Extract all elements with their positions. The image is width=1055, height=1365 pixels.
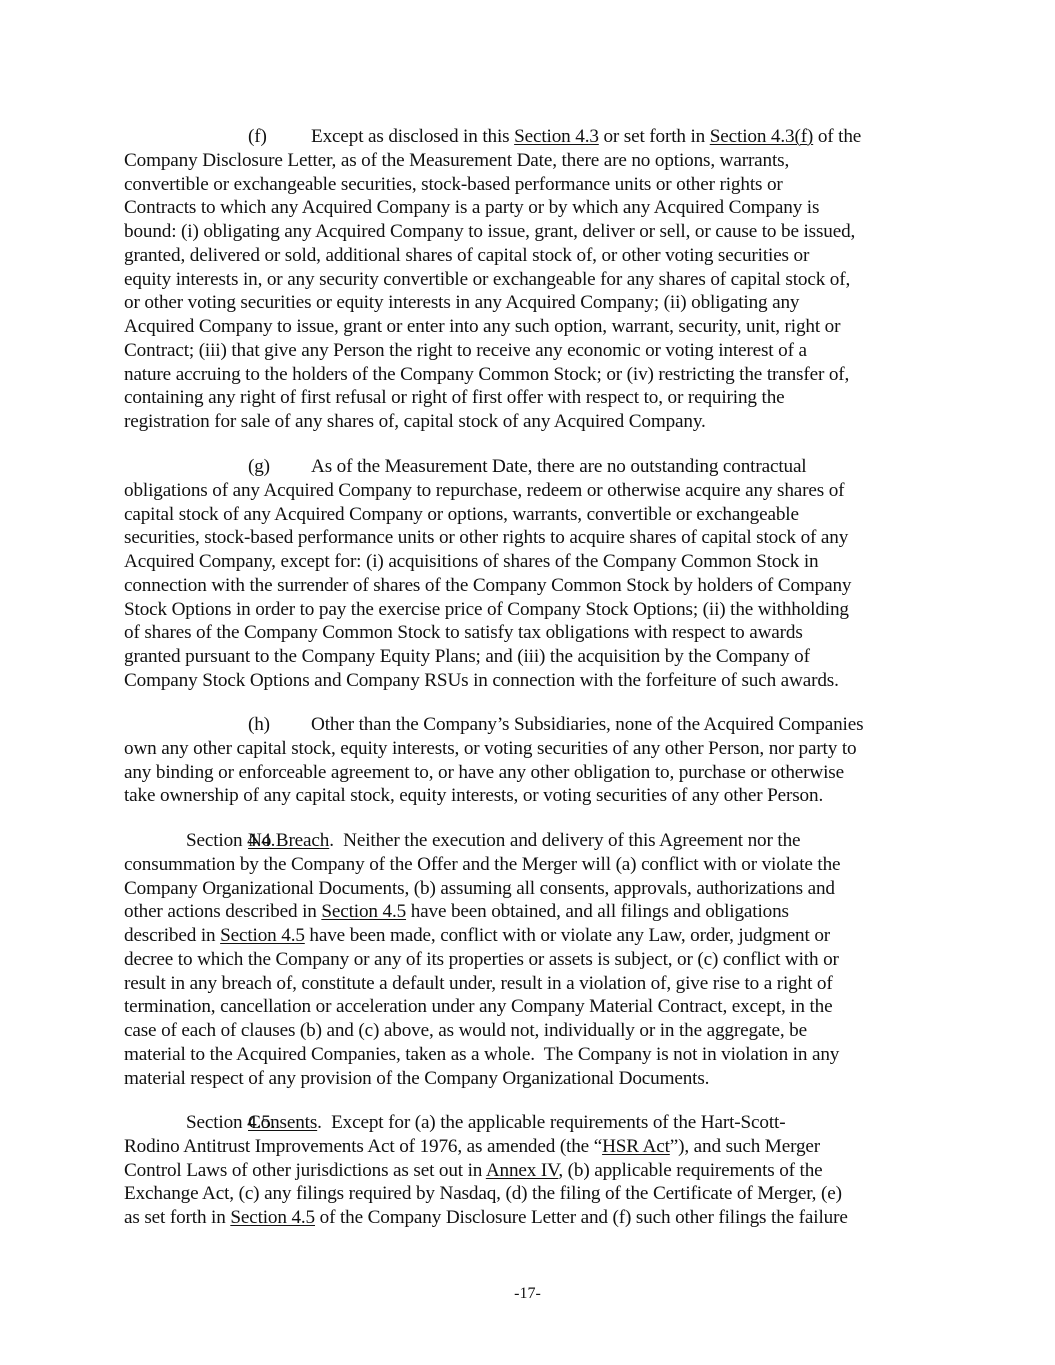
text-line: any binding or enforceable agreement to,… <box>124 761 924 785</box>
text-run: case of each of clauses (b) and (c) abov… <box>124 1020 807 1041</box>
text-run: registration for sale of any shares of, … <box>124 411 706 432</box>
text-line: other actions described in Section 4.5 h… <box>124 900 924 924</box>
text-run: granted, delivered or sold, additional s… <box>124 245 809 266</box>
text-run: material to the Acquired Companies, take… <box>124 1044 839 1065</box>
text-line: material respect of any provision of the… <box>124 1067 924 1091</box>
text-line: bound: (i) obligating any Acquired Compa… <box>124 220 924 244</box>
text-run: Acquired Company to issue, grant or ente… <box>124 316 840 337</box>
document-page: (f)Except as disclosed in this Section 4… <box>0 0 1055 1365</box>
text-run: other actions described in <box>124 901 321 922</box>
text-line: capital stock of any Acquired Company or… <box>124 503 924 527</box>
text-line: decree to which the Company or any of it… <box>124 948 924 972</box>
text-line: Exchange Act, (c) any filings required b… <box>124 1182 924 1206</box>
text-run: containing any right of first refusal or… <box>124 387 785 408</box>
text-line: Contract; (iii) that give any Person the… <box>124 339 924 363</box>
text-line: granted pursuant to the Company Equity P… <box>124 645 924 669</box>
text-run: connection with the surrender of shares … <box>124 575 851 596</box>
text-line: as set forth in Section 4.5 of the Compa… <box>124 1206 924 1230</box>
text-run: ”), and such Merger <box>670 1136 820 1157</box>
text-line: Stock Options in order to pay the exerci… <box>124 598 924 622</box>
section-4-4-no-breach: Section 4.4.No Breach. Neither the execu… <box>124 829 924 1090</box>
text-line: Section 4.5.Consents. Except for (a) the… <box>124 1111 924 1135</box>
cross-reference-link: Annex IV <box>486 1160 559 1181</box>
text-line: nature accruing to the holders of the Co… <box>124 363 924 387</box>
subsection-label: (g) <box>248 455 311 479</box>
text-run: Acquired Company, except for: (i) acquis… <box>124 551 818 572</box>
page-number: -17- <box>0 1284 1055 1304</box>
text-line: Acquired Company to issue, grant or ente… <box>124 315 924 339</box>
text-run: of the Company Disclosure Letter and (f)… <box>315 1207 848 1228</box>
text-run: take ownership of any capital stock, equ… <box>124 785 823 806</box>
text-run: described in <box>124 925 220 946</box>
text-run: have been made, conflict with or violate… <box>305 925 830 946</box>
cross-reference-link: Section 4.3(f) <box>710 126 813 147</box>
text-run: of the <box>813 126 861 147</box>
text-run: convertible or exchangeable securities, … <box>124 174 783 195</box>
text-run: Rodino Antitrust Improvements Act of 197… <box>124 1136 602 1157</box>
section-4-5-consents: Section 4.5.Consents. Except for (a) the… <box>124 1111 924 1230</box>
text-run: termination, cancellation or acceleratio… <box>124 996 833 1017</box>
text-run: capital stock of any Acquired Company or… <box>124 504 799 525</box>
cross-reference-link: Section 4.3 <box>514 126 599 147</box>
text-line: obligations of any Acquired Company to r… <box>124 479 924 503</box>
text-line: Contracts to which any Acquired Company … <box>124 196 924 220</box>
paragraph-4-3-h: (h)Other than the Company’s Subsidiaries… <box>124 713 924 808</box>
text-line: Company Organizational Documents, (b) as… <box>124 877 924 901</box>
subsection-label: (f) <box>248 125 311 149</box>
text-line: equity interests in, or any security con… <box>124 268 924 292</box>
text-line: take ownership of any capital stock, equ… <box>124 784 924 808</box>
cross-reference-link: HSR Act <box>602 1136 670 1157</box>
text-run: Company Disclosure Letter, as of the Mea… <box>124 150 789 171</box>
text-line: (f)Except as disclosed in this Section 4… <box>124 125 924 149</box>
text-run: Company Stock Options and Company RSUs i… <box>124 670 839 691</box>
text-line: material to the Acquired Companies, take… <box>124 1043 924 1067</box>
text-line: Rodino Antitrust Improvements Act of 197… <box>124 1135 924 1159</box>
text-run: Contract; (iii) that give any Person the… <box>124 340 807 361</box>
text-line: connection with the surrender of shares … <box>124 574 924 598</box>
text-run: of shares of the Company Common Stock to… <box>124 622 803 643</box>
text-line: granted, delivered or sold, additional s… <box>124 244 924 268</box>
text-run: . Neither the execution and delivery of … <box>329 830 800 851</box>
text-line: or other voting securities or equity int… <box>124 291 924 315</box>
text-run: equity interests in, or any security con… <box>124 269 850 290</box>
text-line: Company Disclosure Letter, as of the Mea… <box>124 149 924 173</box>
text-run: material respect of any provision of the… <box>124 1068 709 1089</box>
text-line: case of each of clauses (b) and (c) abov… <box>124 1019 924 1043</box>
text-run: as set forth in <box>124 1207 230 1228</box>
text-run: As of the Measurement Date, there are no… <box>311 456 807 477</box>
cross-reference-link: Section 4.5 <box>321 901 406 922</box>
text-line: consummation by the Company of the Offer… <box>124 853 924 877</box>
text-run: . Except for (a) the applicable requirem… <box>317 1112 785 1133</box>
text-run: any binding or enforceable agreement to,… <box>124 762 844 783</box>
text-run: or other voting securities or equity int… <box>124 292 799 313</box>
text-run: have been obtained, and all filings and … <box>406 901 789 922</box>
text-run: bound: (i) obligating any Acquired Compa… <box>124 221 855 242</box>
text-run: securities, stock-based performance unit… <box>124 527 848 548</box>
text-line: securities, stock-based performance unit… <box>124 526 924 550</box>
text-line: convertible or exchangeable securities, … <box>124 173 924 197</box>
text-line: Section 4.4.No Breach. Neither the execu… <box>124 829 924 853</box>
text-run: Except as disclosed in this <box>311 126 514 147</box>
text-line: Control Laws of other jurisdictions as s… <box>124 1159 924 1183</box>
cross-reference-link: Section 4.5 <box>230 1207 315 1228</box>
paragraph-4-3-g: (g)As of the Measurement Date, there are… <box>124 455 924 693</box>
text-line: own any other capital stock, equity inte… <box>124 737 924 761</box>
text-run: , (b) applicable requirements of the <box>558 1160 822 1181</box>
text-line: registration for sale of any shares of, … <box>124 410 924 434</box>
section-number: Section 4.5. <box>186 1111 248 1135</box>
text-run: Company Organizational Documents, (b) as… <box>124 878 835 899</box>
section-number: Section 4.4. <box>186 829 248 853</box>
text-run: Control Laws of other jurisdictions as s… <box>124 1160 486 1181</box>
text-line: described in Section 4.5 have been made,… <box>124 924 924 948</box>
text-run: own any other capital stock, equity inte… <box>124 738 856 759</box>
subsection-label: (h) <box>248 713 311 737</box>
text-run: or set forth in <box>599 126 710 147</box>
text-run: Exchange Act, (c) any filings required b… <box>124 1183 842 1204</box>
text-run: result in any breach of, constitute a de… <box>124 973 833 994</box>
text-line: of shares of the Company Common Stock to… <box>124 621 924 645</box>
text-run: Stock Options in order to pay the exerci… <box>124 599 849 620</box>
text-run: decree to which the Company or any of it… <box>124 949 839 970</box>
text-run: Contracts to which any Acquired Company … <box>124 197 819 218</box>
section-heading: No Breach <box>248 830 329 851</box>
text-line: (g)As of the Measurement Date, there are… <box>124 455 924 479</box>
paragraph-4-3-f: (f)Except as disclosed in this Section 4… <box>124 125 924 434</box>
text-line: containing any right of first refusal or… <box>124 386 924 410</box>
text-run: Other than the Company’s Subsidiaries, n… <box>311 714 863 735</box>
text-line: result in any breach of, constitute a de… <box>124 972 924 996</box>
text-line: (h)Other than the Company’s Subsidiaries… <box>124 713 924 737</box>
text-line: termination, cancellation or acceleratio… <box>124 995 924 1019</box>
text-run: consummation by the Company of the Offer… <box>124 854 840 875</box>
text-line: Acquired Company, except for: (i) acquis… <box>124 550 924 574</box>
section-heading: Consents <box>248 1112 317 1133</box>
text-line: Company Stock Options and Company RSUs i… <box>124 669 924 693</box>
text-run: nature accruing to the holders of the Co… <box>124 364 849 385</box>
cross-reference-link: Section 4.5 <box>220 925 305 946</box>
text-run: obligations of any Acquired Company to r… <box>124 480 844 501</box>
text-run: granted pursuant to the Company Equity P… <box>124 646 810 667</box>
